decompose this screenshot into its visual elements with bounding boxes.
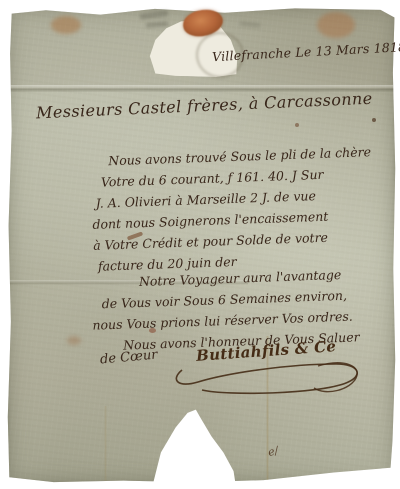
ink-speck-mid <box>295 123 299 127</box>
body-paragraph-1: Nous avons trouvé Sous le pli de la chèr… <box>90 141 375 277</box>
stain-top-right <box>317 12 355 38</box>
signature-flourish <box>168 356 368 402</box>
fold-crease-vertical-left <box>104 406 107 484</box>
ink-speck-right <box>372 118 376 122</box>
stain-mid-left <box>67 336 81 345</box>
stain-top-left <box>51 16 81 34</box>
scanned-letter: Villefranche Le 13 Mars 1818. Messieurs … <box>0 0 400 489</box>
